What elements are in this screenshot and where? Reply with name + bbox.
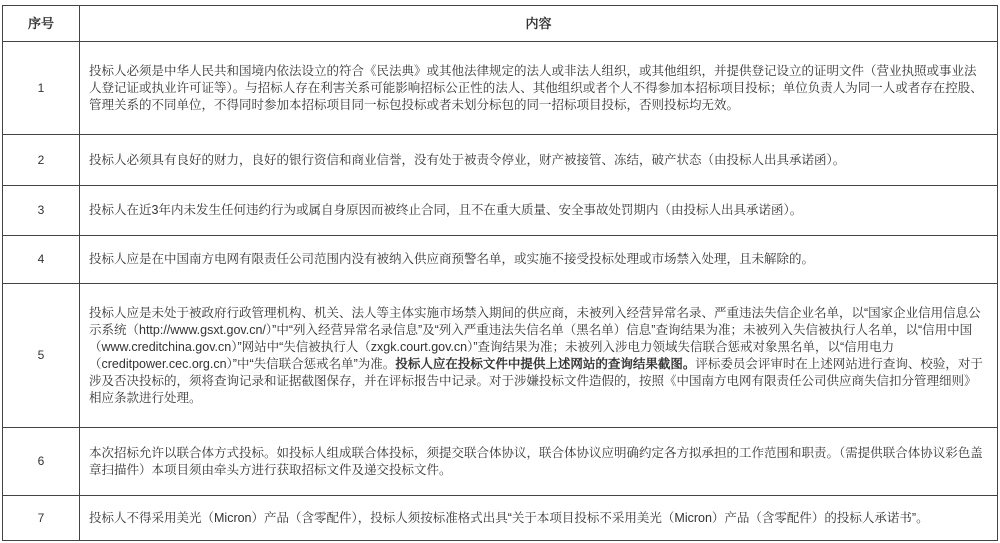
bidder-requirements-table: 序号 内容 1 投标人必须是中华人民共和国境内依法设立的符合《民法典》或其他法律…	[2, 5, 998, 541]
table-row: 2 投标人必须具有良好的财力，良好的银行资信和商业信誉，没有处于被责令停业，财产…	[3, 135, 998, 186]
row-number: 1	[3, 42, 80, 135]
row-content-bold-text: 投标人应在投标文件中提供上述网站的查询结果截图。	[395, 357, 695, 371]
row-number: 7	[3, 496, 80, 541]
row-number: 2	[3, 135, 80, 186]
table-row: 4 投标人应是在中国南方电网有限责任公司范围内没有被纳入供应商预警名单，或实施不…	[3, 236, 998, 284]
table-row: 3 投标人在近3年内未发生任何违约行为或属自身原因而被终止合同，且不在重大质量、…	[3, 186, 998, 236]
header-content: 内容	[80, 6, 998, 42]
header-serial-number: 序号	[3, 6, 80, 42]
row-content: 投标人应是未处于被政府行政管理机构、机关、法人等主体实施市场禁入期间的供应商，未…	[80, 284, 998, 428]
row-content: 本次招标允许以联合体方式投标。如投标人组成联合体投标，须提交联合体协议，联合体协…	[80, 428, 998, 496]
table-row: 5 投标人应是未处于被政府行政管理机构、机关、法人等主体实施市场禁入期间的供应商…	[3, 284, 998, 428]
row-number: 3	[3, 186, 80, 236]
row-content: 投标人必须是中华人民共和国境内依法设立的符合《民法典》或其他法律规定的法人或非法…	[80, 42, 998, 135]
row-number: 4	[3, 236, 80, 284]
row-content: 投标人不得采用美光（Micron）产品（含零配件），投标人须按标准格式出具“关于…	[80, 496, 998, 541]
table-row: 7 投标人不得采用美光（Micron）产品（含零配件），投标人须按标准格式出具“…	[3, 496, 998, 541]
table-row: 6 本次招标允许以联合体方式投标。如投标人组成联合体投标，须提交联合体协议，联合…	[3, 428, 998, 496]
table-header-row: 序号 内容	[3, 6, 998, 42]
row-content: 投标人必须具有良好的财力，良好的银行资信和商业信誉，没有处于被责令停业，财产被接…	[80, 135, 998, 186]
row-content: 投标人应是在中国南方电网有限责任公司范围内没有被纳入供应商预警名单，或实施不接受…	[80, 236, 998, 284]
table-row: 1 投标人必须是中华人民共和国境内依法设立的符合《民法典》或其他法律规定的法人或…	[3, 42, 998, 135]
document-page: 序号 内容 1 投标人必须是中华人民共和国境内依法设立的符合《民法典》或其他法律…	[0, 0, 1000, 543]
row-content: 投标人在近3年内未发生任何违约行为或属自身原因而被终止合同，且不在重大质量、安全…	[80, 186, 998, 236]
row-number: 6	[3, 428, 80, 496]
row-number: 5	[3, 284, 80, 428]
